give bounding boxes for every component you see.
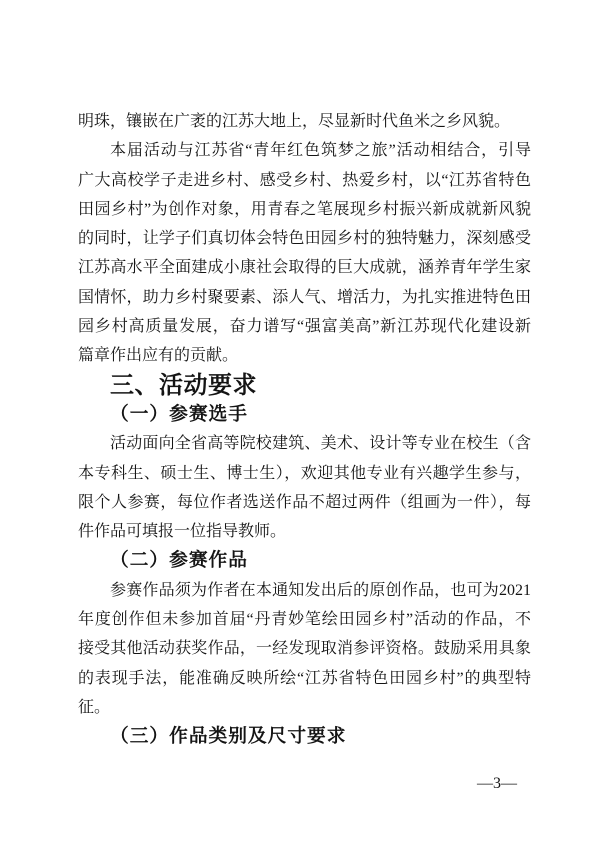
subsection-heading-categories: （三）作品类别及尺寸要求: [78, 722, 531, 751]
text-line: 年度创作但未参加首届“丹青妙笔绘田园乡村”活动的作品，不: [78, 605, 531, 634]
text-line: 参赛作品须为作者在本通知发出后的原创作品，也可为2021: [78, 576, 531, 605]
subsection-heading-entries: （二）参赛作品: [78, 546, 531, 575]
text-line: 征。: [78, 693, 531, 722]
text-line: 国情怀，助力乡村聚要素、添人气、增活力，为扎实推进特色田: [78, 283, 531, 312]
text-line: 田园乡村”为创作对象，用青春之笔展现乡村振兴新成就新风貌: [78, 195, 531, 224]
text-line: 江苏高水平全面建成小康社会取得的巨大成就，涵养青年学生家: [78, 253, 531, 282]
text-line: 本专科生、硕士生、博士生），欢迎其他专业有兴趣学生参与，: [78, 459, 531, 488]
text-line: 广大高校学子走进乡村、感受乡村、热爱乡村，以“江苏省特色: [78, 166, 531, 195]
text-line: 本届活动与江苏省“青年红色筑梦之旅”活动相结合，引导: [78, 136, 531, 165]
subsection-heading-participants: （一）参赛选手: [78, 400, 531, 429]
text-line: 的表现手法，能准确反映所绘“江苏省特色田园乡村”的典型特: [78, 664, 531, 693]
text-line: 明珠，镶嵌在广袤的江苏大地上，尽显新时代鱼米之乡风貌。: [78, 107, 531, 136]
text-line: 活动面向全省高等院校建筑、美术、设计等专业在校生（含: [78, 429, 531, 458]
paragraph-activity-purpose: 本届活动与江苏省“青年红色筑梦之旅”活动相结合，引导 广大高校学子走进乡村、感受…: [78, 136, 531, 370]
text-line: 园乡村高质量发展，奋力谱写“强富美高”新江苏现代化建设新: [78, 312, 531, 341]
text-line: 篇章作出应有的贡献。: [78, 341, 531, 370]
text-line: 限个人参赛，每位作者选送作品不超过两件（组画为一件），每: [78, 488, 531, 517]
text-line: 接受其他活动获奖作品，一经发现取消参评资格。鼓励采用具象: [78, 634, 531, 663]
paragraph-continued: 明珠，镶嵌在广袤的江苏大地上，尽显新时代鱼米之乡风貌。: [78, 107, 531, 136]
text-line: 的同时，让学子们真切体会特色田园乡村的独特魅力，深刻感受: [78, 224, 531, 253]
paragraph-entries: 参赛作品须为作者在本通知发出后的原创作品，也可为2021 年度创作但未参加首届“…: [78, 576, 531, 722]
document-page: 明珠，镶嵌在广袤的江苏大地上，尽显新时代鱼米之乡风貌。 本届活动与江苏省“青年红…: [0, 0, 605, 859]
paragraph-participants: 活动面向全省高等院校建筑、美术、设计等专业在校生（含 本专科生、硕士生、博士生）…: [78, 429, 531, 546]
page-number: —3—: [477, 774, 517, 794]
text-line: 件作品可填报一位指导教师。: [78, 517, 531, 546]
section-heading: 三、活动要求: [78, 371, 531, 400]
document-body: 明珠，镶嵌在广袤的江苏大地上，尽显新时代鱼米之乡风貌。 本届活动与江苏省“青年红…: [78, 107, 531, 752]
